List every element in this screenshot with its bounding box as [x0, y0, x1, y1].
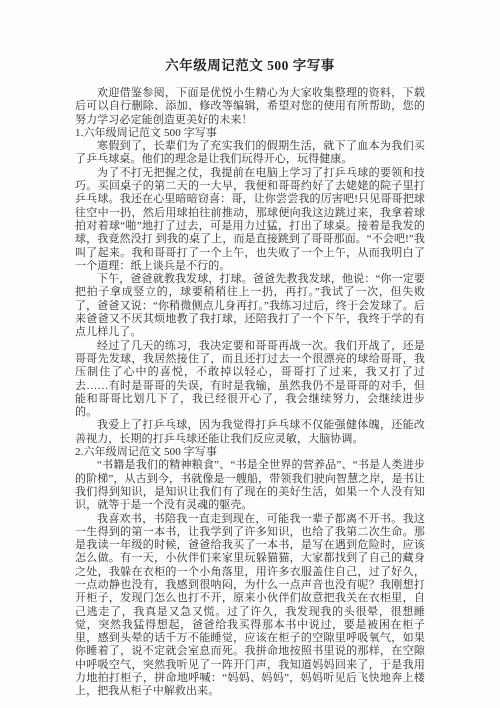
- paragraph: 我爱上了打乒乓球，因为我觉得打乒乓球不仅能强健体魄，还能改善视力，长期的打乒乓球…: [75, 419, 425, 446]
- document-page: 六年级周记范文 500 字写事 欢迎借鉴参阅，下面是优悦小生精心为大家收集整理的…: [0, 0, 500, 708]
- paragraph: 为了不打无把握之仗，我提前在电脑上学习了打乒乓球的要领和技巧。买回桌子的第二天的…: [75, 167, 425, 273]
- document-title: 六年级周记范文 500 字写事: [75, 54, 425, 74]
- paragraph: “书籍是我们的精神粮食”、“书是全世界的营养品”、“书是人类进步的阶梯”，从古到…: [75, 459, 425, 512]
- intro-paragraph: 欢迎借鉴参阅，下面是优悦小生精心为大家收集整理的资料，下载后可以自行删除、添加、…: [75, 87, 425, 127]
- paragraph: 我喜欢书，书陪我一直走到现在，可能我一辈子都离不开书。我这一生得到的第一本书，让…: [75, 513, 425, 699]
- paragraph: 下午，爸爸就教我发球，打球。爸爸先教我发球，他说：“你一定要把拍子拿成竖立的，球…: [75, 273, 425, 339]
- section-2-heading: 2.六年级周记范文 500 字写事: [75, 446, 425, 459]
- paragraph: 寒假到了，长辈们为了充实我们的假期生活，就下了血本为我们买了乒乓球桌。他们的理念…: [75, 140, 425, 167]
- paragraph: 经过了几天的练习，我决定要和哥哥再战一次。我们开战了，还是哥哥先发球，我居然接住…: [75, 340, 425, 420]
- section-1-heading: 1.六年级周记范文 500 字写事: [75, 127, 425, 140]
